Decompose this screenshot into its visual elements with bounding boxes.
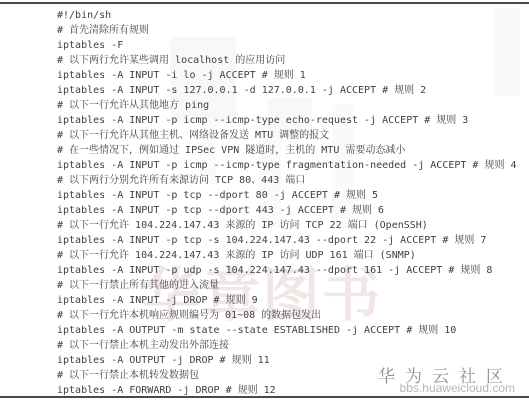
code-line: iptables -F bbox=[57, 38, 517, 53]
code-line: # 在一些情况下，例如通过 IPSec VPN 隧道时，主机的 MTU 需要动态… bbox=[57, 143, 517, 158]
code-line: # 以下一行允许本机响应规则编号为 01~08 的数据包发出 bbox=[57, 308, 517, 323]
top-border-line bbox=[0, 2, 529, 4]
code-line: # 以下一行允许 104.224.147.43 来源的 IP 访问 TCP 22… bbox=[57, 218, 517, 233]
code-line: iptables -A INPUT -p tcp --dport 80 -j A… bbox=[57, 188, 517, 203]
shell-script-code: #!/bin/sh # 首先清除所有规则 iptables -F # 以下两行允… bbox=[57, 8, 517, 398]
code-line: iptables -A INPUT -p tcp -s 104.224.147.… bbox=[57, 233, 517, 248]
code-line: # 首先清除所有规则 bbox=[57, 23, 517, 38]
code-line: # 以下一行禁止所有其他的进入流量 bbox=[57, 278, 517, 293]
code-line: iptables -A INPUT -i lo -j ACCEPT # 规则 1 bbox=[57, 68, 517, 83]
code-line: iptables -A INPUT -p icmp --icmp-type ec… bbox=[57, 113, 517, 128]
huawei-cloud-community-url: bbs.huaweicloud.com bbox=[400, 381, 515, 395]
code-line: iptables -A INPUT -j DROP # 规则 9 bbox=[57, 293, 517, 308]
code-line: iptables -A INPUT -p udp -s 104.224.147.… bbox=[57, 263, 517, 278]
code-line: # 以下一行允许从其他地方 ping bbox=[57, 98, 517, 113]
code-line: # 以下一行禁止本机主动发出外部连接 bbox=[57, 338, 517, 353]
code-line: # 以下两行分别允许所有来源访问 TCP 80、443 端口 bbox=[57, 173, 517, 188]
code-line: iptables -A OUTPUT -m state --state ESTA… bbox=[57, 323, 517, 338]
code-line: iptables -A INPUT -p icmp --icmp-type fr… bbox=[57, 158, 517, 173]
code-line: # 以下一行允许 104.224.147.43 来源的 IP 访问 UDP 16… bbox=[57, 248, 517, 263]
code-line: iptables -A INPUT -s 127.0.0.1 -d 127.0.… bbox=[57, 83, 517, 98]
code-line: # 以下两行允许某些调用 localhost 的应用访问 bbox=[57, 53, 517, 68]
code-line: iptables -A INPUT -p tcp --dport 443 -j … bbox=[57, 203, 517, 218]
code-line: # 以下一行允许从其他主机、网络设备发送 MTU 调整的报文 bbox=[57, 128, 517, 143]
code-line: #!/bin/sh bbox=[57, 8, 517, 23]
scanned-script-page: 华章图书 #!/bin/sh # 首先清除所有规则 iptables -F # … bbox=[0, 0, 529, 405]
